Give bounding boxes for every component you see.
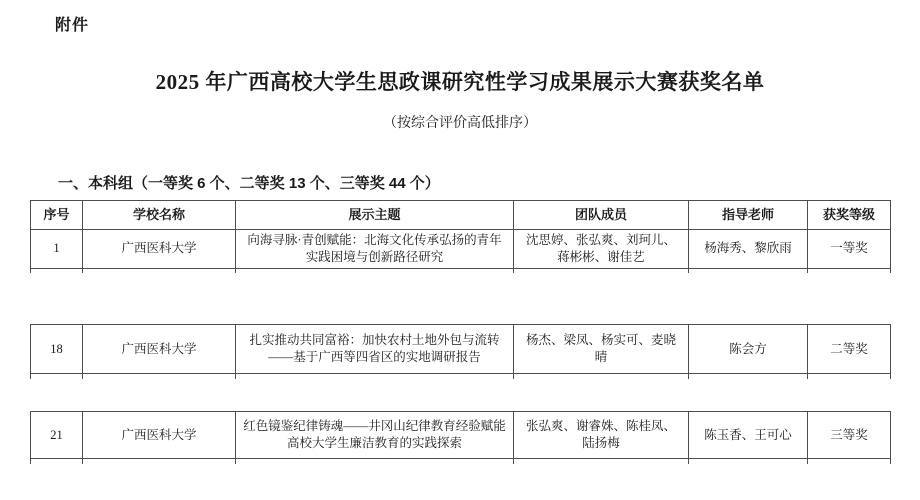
cell-award: 一等奖 xyxy=(808,230,891,269)
cell-advisors: 杨海秀、黎欣雨 xyxy=(689,230,808,269)
cell-theme: 红色镜鉴纪律铸魂——井冈山纪律教育经验赋能高校大学生廉洁教育的实践探索 xyxy=(236,412,514,459)
header-cell-advisors: 指导老师 xyxy=(689,201,808,230)
table-row: 18 广西医科大学 扎实推动共同富裕：加快农村土地外包与流转——基于广西等四省区… xyxy=(31,325,891,374)
cell-number: 18 xyxy=(31,325,83,374)
cell-members: 杨杰、梁凤、杨实可、麦晓晴 xyxy=(514,325,689,374)
awards-table-segment-3: 21 广西医科大学 红色镜鉴纪律铸魂——井冈山纪律教育经验赋能高校大学生廉洁教育… xyxy=(30,411,891,464)
cell-number: 1 xyxy=(31,230,83,269)
cell-school: 广西医科大学 xyxy=(83,230,236,269)
table-header-row: 序号 学校名称 展示主题 团队成员 指导老师 获奖等级 xyxy=(31,201,891,230)
awards-table-segment-2: 18 广西医科大学 扎实推动共同富裕：加快农村土地外包与流转——基于广西等四省区… xyxy=(30,324,891,379)
document-page: 附件 2025 年广西高校大学生思政课研究性学习成果展示大赛获奖名单 （按综合评… xyxy=(0,0,920,500)
cell-members: 沈思婷、张弘爽、刘珂儿、蒋彬彬、谢佳艺 xyxy=(514,230,689,269)
attachment-label: 附件 xyxy=(55,12,89,35)
cell-school: 广西医科大学 xyxy=(83,325,236,374)
cell-school: 广西医科大学 xyxy=(83,412,236,459)
table-row: 21 广西医科大学 红色镜鉴纪律铸魂——井冈山纪律教育经验赋能高校大学生廉洁教育… xyxy=(31,412,891,459)
header-cell-number: 序号 xyxy=(31,201,83,230)
page-subtitle: （按综合评价高低排序） xyxy=(0,112,920,132)
cell-advisors: 陈会方 xyxy=(689,325,808,374)
section-heading-undergraduate-group: 一、本科组（一等奖 6 个、二等奖 13 个、三等奖 44 个） xyxy=(58,172,440,193)
header-cell-school: 学校名称 xyxy=(83,201,236,230)
page-title: 2025 年广西高校大学生思政课研究性学习成果展示大赛获奖名单 xyxy=(0,66,920,96)
clipped-row-stub xyxy=(31,459,891,464)
header-cell-theme: 展示主题 xyxy=(236,201,514,230)
cell-members: 张弘爽、谢睿姝、陈桂凤、陆扬梅 xyxy=(514,412,689,459)
cell-award: 三等奖 xyxy=(808,412,891,459)
cell-award: 二等奖 xyxy=(808,325,891,374)
table-row: 1 广西医科大学 向海寻脉·青创赋能：北海文化传承弘扬的青年实践困境与创新路径研… xyxy=(31,230,891,269)
header-cell-award: 获奖等级 xyxy=(808,201,891,230)
cell-theme: 向海寻脉·青创赋能：北海文化传承弘扬的青年实践困境与创新路径研究 xyxy=(236,230,514,269)
cell-number: 21 xyxy=(31,412,83,459)
cell-theme: 扎实推动共同富裕：加快农村土地外包与流转——基于广西等四省区的实地调研报告 xyxy=(236,325,514,374)
cell-advisors: 陈玉香、王可心 xyxy=(689,412,808,459)
awards-table-segment-1: 序号 学校名称 展示主题 团队成员 指导老师 获奖等级 1 广西医科大学 向海寻… xyxy=(30,200,891,273)
clipped-row-stub xyxy=(31,374,891,379)
clipped-row-stub xyxy=(31,268,891,273)
header-cell-members: 团队成员 xyxy=(514,201,689,230)
